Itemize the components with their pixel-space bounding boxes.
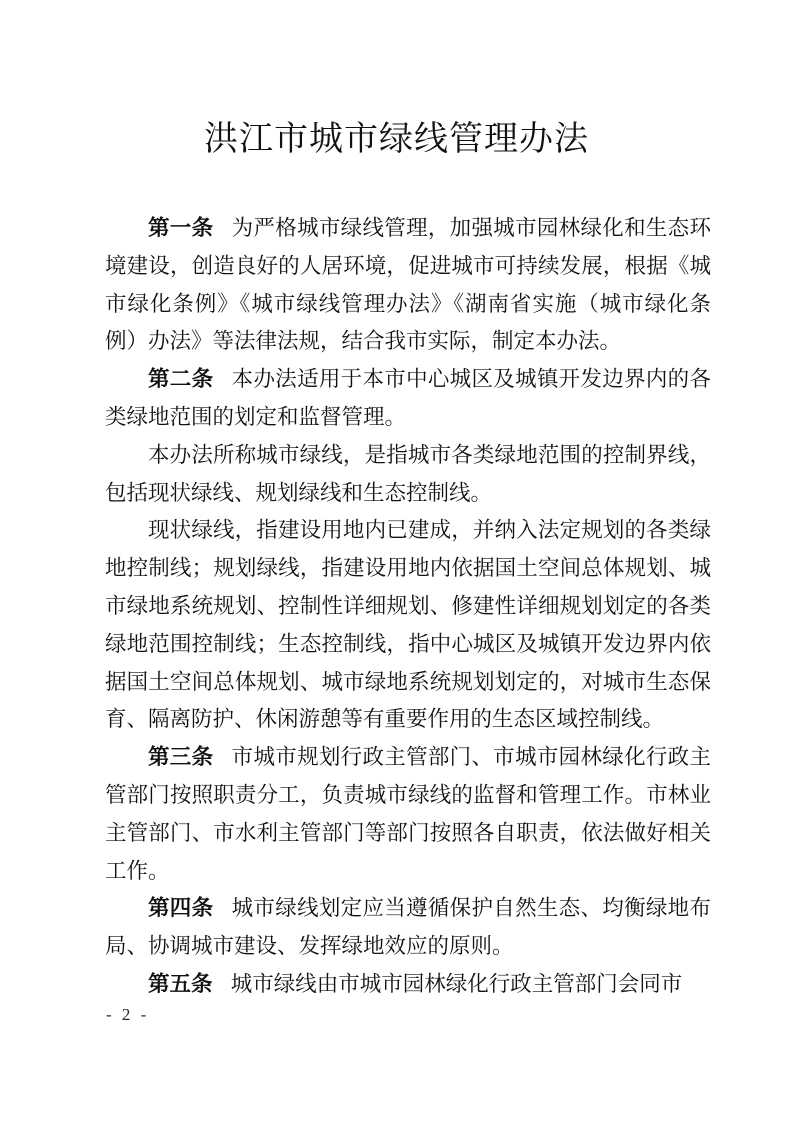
paragraph-text: 现状绿线，指建设用地内已建成，并纳入法定规划的各类绿地控制线；规划绿线，指建设用…: [105, 518, 711, 731]
document-page: 洪江市城市绿线管理办法 第一条为严格城市绿线管理，加强城市园林绿化和生态环境建设…: [0, 0, 793, 1122]
article-number-label: 第二条: [148, 367, 213, 391]
paragraph-article-4: 第四条城市绿线划定应当遵循保护自然生态、均衡绿地布局、协调城市建设、发挥绿地效应…: [105, 890, 711, 966]
paragraph-article-5: 第五条城市绿线由市城市园林绿化行政主管部门会同市: [105, 966, 711, 1004]
article-number-label: 第一条: [148, 216, 213, 240]
paragraph-text: 本办法所称城市绿线，是指城市各类绿地范围的控制界线，包括现状绿线、规划绿线和生态…: [105, 443, 711, 505]
article-number-label: 第五条: [148, 972, 213, 996]
page-number: - 2 -: [106, 1004, 149, 1026]
document-title: 洪江市城市绿线管理办法: [0, 117, 793, 161]
paragraph-article-1: 第一条为严格城市绿线管理，加强城市园林绿化和生态环境建设，创造良好的人居环境，促…: [105, 210, 711, 361]
paragraph-article-2: 第二条本办法适用于本市中心城区及城镇开发边界内的各类绿地范围的划定和监督管理。: [105, 361, 711, 437]
paragraph-text: 城市绿线由市城市园林绿化行政主管部门会同市: [231, 972, 683, 996]
article-number-label: 第四条: [148, 896, 213, 920]
article-number-label: 第三条: [148, 745, 213, 769]
paragraph-article-3: 第三条市城市规划行政主管部门、市城市园林绿化行政主管部门按照职责分工，负责城市绿…: [105, 739, 711, 890]
paragraph-article-2-cont-1: 本办法所称城市绿线，是指城市各类绿地范围的控制界线，包括现状绿线、规划绿线和生态…: [105, 437, 711, 513]
paragraph-article-2-cont-2: 现状绿线，指建设用地内已建成，并纳入法定规划的各类绿地控制线；规划绿线，指建设用…: [105, 512, 711, 739]
document-body: 第一条为严格城市绿线管理，加强城市园林绿化和生态环境建设，创造良好的人居环境，促…: [105, 210, 711, 1004]
